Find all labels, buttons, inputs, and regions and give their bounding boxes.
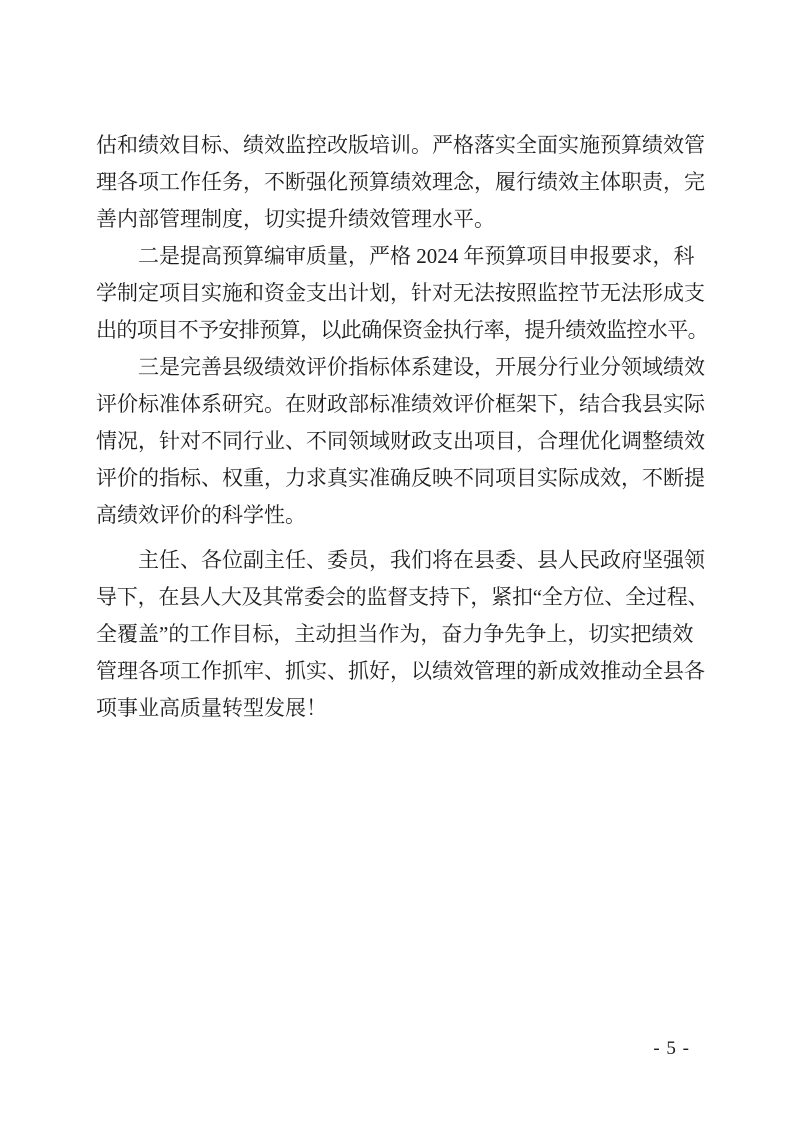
text-line: 三是完善县级绩效评价指标体系建设，开展分行业分领域绩效 <box>96 349 708 386</box>
document-body: 估和绩效目标、绩效监控改版培训。严格落实全面实施预算绩效管理各项工作任务，不断强… <box>96 127 708 727</box>
paragraph: 三是完善县级绩效评价指标体系建设，开展分行业分领域绩效评价标准体系研究。在财政部… <box>96 349 708 534</box>
text-line: 全覆盖”的工作目标，主动担当作为，奋力争先争上，切实把绩效 <box>96 616 708 653</box>
text-line: 出的项目不予安排预算，以此确保资金执行率，提升绩效监控水平。 <box>96 312 708 349</box>
text-line: 项事业高质量转型发展！ <box>96 690 708 727</box>
text-line: 主任、各位副主任、委员，我们将在县委、县人民政府坚强领 <box>96 542 708 579</box>
text-line: 评价标准体系研究。在财政部标准绩效评价框架下，结合我县实际 <box>96 386 708 423</box>
text-line: 导下，在县人大及其常委会的监督支持下，紧扣“全方位、全过程、 <box>96 579 708 616</box>
page-number: - 5 - <box>653 1037 690 1061</box>
paragraph: 估和绩效目标、绩效监控改版培训。严格落实全面实施预算绩效管理各项工作任务，不断强… <box>96 127 708 238</box>
text-line: 高绩效评价的科学性。 <box>96 497 708 534</box>
text-line: 学制定项目实施和资金支出计划，针对无法按照监控节无法形成支 <box>96 275 708 312</box>
document-page: 估和绩效目标、绩效监控改版培训。严格落实全面实施预算绩效管理各项工作任务，不断强… <box>0 0 793 1122</box>
text-line: 二是提高预算编审质量，严格 2024 年预算项目申报要求，科 <box>96 238 708 275</box>
text-line: 理各项工作任务，不断强化预算绩效理念，履行绩效主体职责，完 <box>96 164 708 201</box>
text-line: 管理各项工作抓牢、抓实、抓好，以绩效管理的新成效推动全县各 <box>96 653 708 690</box>
text-line: 善内部管理制度，切实提升绩效管理水平。 <box>96 201 708 238</box>
text-line: 估和绩效目标、绩效监控改版培训。严格落实全面实施预算绩效管 <box>96 127 708 164</box>
paragraph: 二是提高预算编审质量，严格 2024 年预算项目申报要求，科学制定项目实施和资金… <box>96 238 708 349</box>
paragraph: 主任、各位副主任、委员，我们将在县委、县人民政府坚强领导下，在县人大及其常委会的… <box>96 542 708 727</box>
text-line: 情况，针对不同行业、不同领域财政支出项目，合理优化调整绩效 <box>96 423 708 460</box>
text-line: 评价的指标、权重，力求真实准确反映不同项目实际成效，不断提 <box>96 460 708 497</box>
